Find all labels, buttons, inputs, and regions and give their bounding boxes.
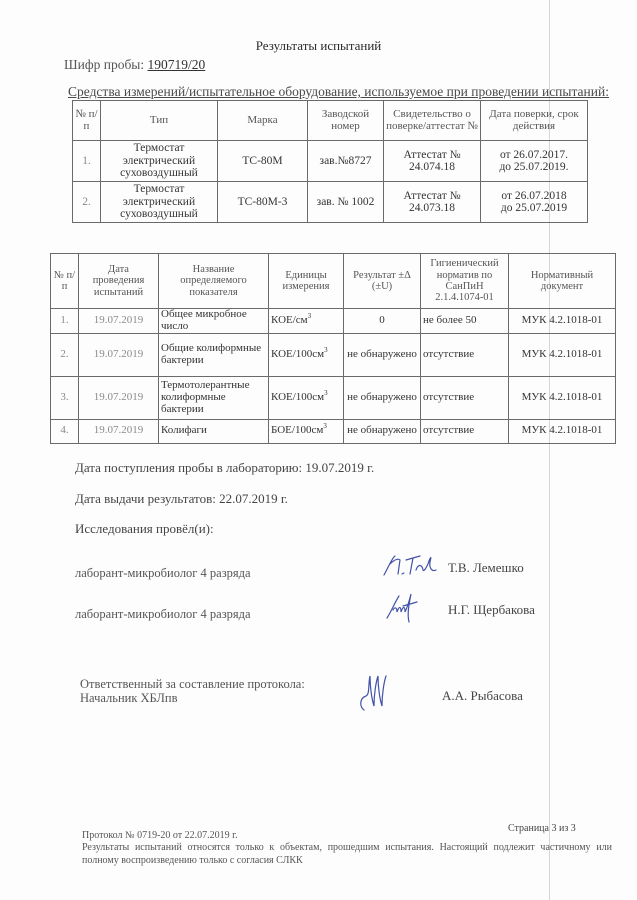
unit-text: КОЕ/100см [271,391,324,403]
header-cell: Свидетельство о поверке/аттестат № [384,101,481,141]
hygienic-norm: отсутствие [421,333,509,376]
signature-1-icon [380,550,442,580]
equipment-brand: ТС-80М-3 [218,182,308,223]
responsible-name: А.А. Рыбасова [442,688,523,704]
normative-document: МУК 4.2.1018-01 [509,376,616,419]
page-title: Результаты испытаний [0,38,637,54]
table-row: 1. 19.07.2019 Общее микробное число КОЕ/… [51,309,616,334]
header-cell: Тип [101,101,218,141]
table-row: 3. 19.07.2019 Термотолерантные колиформн… [51,376,616,419]
table-row: 2. Термостат электрический суховоздушный… [73,182,588,223]
validity-to: до 25.07.2019. [483,161,585,173]
unit-superscript: 3 [324,389,328,397]
responsible-position: Начальник ХБЛпв [80,692,305,706]
hygienic-norm: отсутствие [421,376,509,419]
equipment-serial: зав. № 1002 [308,182,384,223]
unit-superscript: 3 [324,346,328,354]
header-cell: Дата проведения испытаний [79,254,159,309]
equipment-caption: Средства измерений/испытательное оборудо… [68,84,609,100]
equipment-type: Термостат электрический суховоздушный [101,182,218,223]
header-cell: Результат ±Δ (±U) [344,254,421,309]
unit: БОЕ/100см3 [269,419,344,443]
equipment-brand: ТС-80М [218,141,308,182]
protocol-number: Протокол № 0719-20 от 22.07.2019 г. [82,830,238,841]
table-header-row: № п/п Тип Марка Заводской номер Свидетел… [73,101,588,141]
hygienic-norm: отсутствие [421,419,509,443]
disclaimer: Результаты испытаний относятся только к … [82,841,612,867]
sample-cipher: Шифр пробы: 190719/20 [64,57,205,73]
unit-text: БОЕ/100см [271,424,323,436]
row-number: 4. [51,419,79,443]
signatory-1-name: Т.В. Лемешко [448,560,524,576]
header-cell: Единицы измерения [269,254,344,309]
table-row: 4. 19.07.2019 Колифаги БОЕ/100см3 не обн… [51,419,616,443]
sample-cipher-value: 190719/20 [148,57,206,72]
unit-superscript: 3 [323,422,327,430]
performed-by-label: Исследования провёл(и): [75,521,214,537]
table-row: 2. 19.07.2019 Общие колиформные бактерии… [51,333,616,376]
signatory-2-position: лаборант-микробиолог 4 разряда [75,607,251,622]
equipment-certificate: Аттестат № 24.073.18 [384,182,481,223]
equipment-type: Термостат электрический суховоздушный [101,141,218,182]
table-header-row: № п/п Дата проведения испытаний Название… [51,254,616,309]
header-cell: Название определяемого показателя [159,254,269,309]
header-cell: № п/п [51,254,79,309]
header-cell: Заводской номер [308,101,384,141]
row-number: 2. [51,333,79,376]
validity-to: до 25.07.2019 [483,202,585,214]
equipment-caption-text: Средства измерений/испытательное оборудо… [68,84,609,99]
results-table: № п/п Дата проведения испытаний Название… [50,253,616,444]
signature-2-icon [383,590,423,624]
result-value: не обнаружено [344,376,421,419]
test-date: 19.07.2019 [79,309,159,334]
signatory-2-name: Н.Г. Щербакова [448,602,535,618]
signatory-1-position: лаборант-микробиолог 4 разряда [75,566,251,581]
sample-cipher-label: Шифр пробы: [64,57,144,72]
equipment-certificate: Аттестат № 24.074.18 [384,141,481,182]
normative-document: МУК 4.2.1018-01 [509,419,616,443]
responsible-title: Ответственный за составление протокола: [80,678,305,692]
row-number: 2. [73,182,101,223]
page-number: Страница 3 из 3 [508,823,576,834]
unit: КОЕ/100см3 [269,376,344,419]
row-number: 3. [51,376,79,419]
header-cell: Гигиенический норматив по СанПиН 2.1.4.1… [421,254,509,309]
header-cell: Нормативный документ [509,254,616,309]
header-cell: Марка [218,101,308,141]
table-row: 1. Термостат электрический суховоздушный… [73,141,588,182]
test-date: 19.07.2019 [79,419,159,443]
validity-from: от 26.07.2017. [483,149,585,161]
row-number: 1. [73,141,101,182]
result-value: не обнаружено [344,419,421,443]
hygienic-norm: не более 50 [421,309,509,334]
test-date: 19.07.2019 [79,376,159,419]
header-cell: № п/п [73,101,101,141]
unit: КОЕ/100см3 [269,333,344,376]
unit-text: КОЕ/100см [271,348,324,360]
responsible-person: Ответственный за составление протокола: … [80,678,305,706]
result-value: не обнаружено [344,333,421,376]
header-cell: Дата поверки, срок действия [481,101,588,141]
signature-3-icon [356,670,390,714]
equipment-validity: от 26.07.2018 до 25.07.2019 [481,182,588,223]
equipment-validity: от 26.07.2017. до 25.07.2019. [481,141,588,182]
unit-superscript: 3 [308,312,312,320]
indicator-name: Общие колиформные бактерии [159,333,269,376]
results-issued-date: Дата выдачи результатов: 22.07.2019 г. [75,491,288,507]
normative-document: МУК 4.2.1018-01 [509,333,616,376]
unit-text: КОЕ/см [271,314,308,326]
indicator-name: Термотолерантные колиформные бактерии [159,376,269,419]
indicator-name: Колифаги [159,419,269,443]
row-number: 1. [51,309,79,334]
equipment-serial: зав.№8727 [308,141,384,182]
sample-received-date: Дата поступления пробы в лабораторию: 19… [75,460,374,476]
test-date: 19.07.2019 [79,333,159,376]
result-value: 0 [344,309,421,334]
indicator-name: Общее микробное число [159,309,269,334]
equipment-table: № п/п Тип Марка Заводской номер Свидетел… [72,100,588,223]
normative-document: МУК 4.2.1018-01 [509,309,616,334]
unit: КОЕ/см3 [269,309,344,334]
validity-from: от 26.07.2018 [483,190,585,202]
